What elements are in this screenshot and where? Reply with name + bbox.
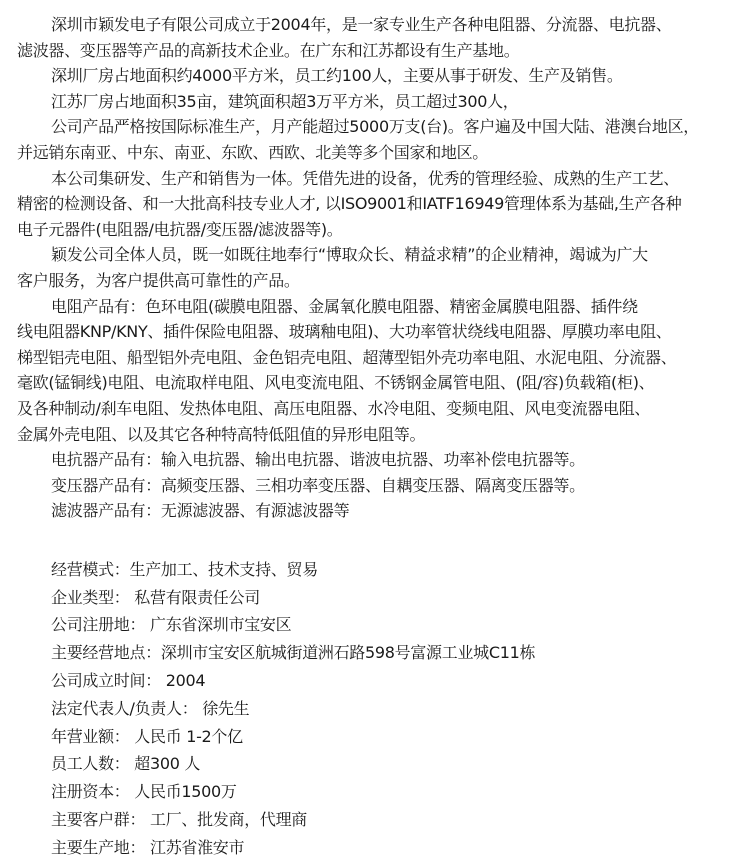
info-value: 广东省深圳市宝安区: [145, 615, 291, 634]
info-value: 2004: [161, 671, 205, 690]
intro-line: 并远销东南亚、中东、南亚、东欧、西欧、北美等多个国家和地区。: [17, 140, 742, 166]
resistor-products-line: 金属外壳电阻、以及其它各种特高特低阻值的异形电阻等。: [17, 422, 742, 448]
info-row-employees: 员工人数： 超300 人: [51, 750, 742, 778]
info-label: 法定代表人/负责人：: [51, 699, 197, 718]
info-value: 江苏省淮安市: [145, 838, 244, 857]
info-row-founded: 公司成立时间： 2004: [51, 667, 742, 695]
info-label: 经营模式：: [51, 560, 130, 579]
info-value: 深圳市宝安区航城街道洲石路598号富源工业城C11栋: [161, 643, 535, 662]
intro-line: 滤波器、变压器等产品的高新技术企业。在广东和江苏都设有生产基地。: [17, 38, 742, 64]
company-info-section: 经营模式：生产加工、技术支持、贸易 企业类型： 私营有限责任公司 公司注册地： …: [17, 556, 742, 857]
info-label: 企业类型：: [51, 588, 130, 607]
reactor-products-line: 电抗器产品有：输入电抗器、输出电抗器、谐波电抗器、功率补偿电抗器等。: [17, 447, 742, 473]
info-label: 员工人数：: [51, 754, 130, 773]
info-label: 主要生产地：: [51, 838, 145, 857]
info-value: 超300 人: [130, 754, 201, 773]
intro-line: 公司产品严格按国际标准生产，月产能超过5000万支(台)。客户遍及中国大陆、港澳…: [17, 114, 742, 140]
intro-line: 江苏厂房占地面积35亩，建筑面积超3万平方米，员工超过300人，: [17, 89, 742, 115]
info-value: 私营有限责任公司: [130, 588, 260, 607]
section-gap: [17, 524, 742, 556]
info-row-annual-revenue: 年营业额： 人民币 1-2个亿: [51, 723, 742, 751]
info-label: 主要经营地点：: [51, 643, 161, 662]
intro-line: 客户服务，为客户提供高可靠性的产品。: [17, 268, 742, 294]
info-row-production-site: 主要生产地： 江苏省淮安市: [51, 834, 742, 857]
intro-line: 精密的检测设备、和一大批高科技专业人才, 以ISO9001和IATF16949管…: [17, 191, 742, 217]
info-row-main-customers: 主要客户群： 工厂、批发商，代理商: [51, 806, 742, 834]
info-row-legal-representative: 法定代表人/负责人： 徐先生: [51, 695, 742, 723]
intro-line: 深圳厂房占地面积约4000平方米，员工约100人，主要从事于研发、生产及销售。: [17, 63, 742, 89]
info-row-business-model: 经营模式：生产加工、技术支持、贸易: [51, 556, 742, 584]
intro-line: 电子元器件(电阻器/电抗器/变压器/滤波器等)。: [17, 217, 742, 243]
resistor-products-line: 线电阻器KNP/KNY、插件保险电阻器、玻璃釉电阻)、大功率管状绕线电阻器、厚膜…: [17, 319, 742, 345]
intro-line: 深圳市颖发电子有限公司成立于2004年，是一家专业生产各种电阻器、分流器、电抗器…: [17, 12, 742, 38]
intro-line: 颖发公司全体人员，既一如既往地奉行“博取众长、精益求精”的企业精神，竭诚为广大: [17, 242, 742, 268]
info-label: 公司成立时间：: [51, 671, 161, 690]
info-row-company-type: 企业类型： 私营有限责任公司: [51, 584, 742, 612]
info-value: 工厂、批发商，代理商: [145, 810, 307, 829]
info-value: 人民币1500万: [130, 782, 237, 801]
info-label: 年营业额：: [51, 727, 130, 746]
info-value: 生产加工、技术支持、贸易: [130, 560, 318, 579]
info-label: 公司注册地：: [51, 615, 145, 634]
info-row-registered-capital: 注册资本： 人民币1500万: [51, 778, 742, 806]
resistor-products-line: 毫欧(锰铜线)电阻、电流取样电阻、风电变流电阻、不锈钢金属管电阻、(阻/容)负载…: [17, 370, 742, 396]
info-row-business-address: 主要经营地点：深圳市宝安区航城街道洲石路598号富源工业城C11栋: [51, 639, 742, 667]
info-row-registered-location: 公司注册地： 广东省深圳市宝安区: [51, 611, 742, 639]
resistor-products-line: 及各种制动/刹车电阻、发热体电阻、高压电阻器、水冷电阻、变频电阻、风电变流器电阻…: [17, 396, 742, 422]
info-value: 人民币 1-2个亿: [130, 727, 243, 746]
resistor-products-line: 电阻产品有：色环电阻(碳膜电阻器、金属氧化膜电阻器、精密金属膜电阻器、插件绕: [17, 294, 742, 320]
info-value: 徐先生: [197, 699, 249, 718]
transformer-products-line: 变压器产品有：高频变压器、三相功率变压器、自耦变压器、隔离变压器等。: [17, 473, 742, 499]
info-label: 注册资本：: [51, 782, 130, 801]
info-label: 主要客户群：: [51, 810, 145, 829]
intro-line: 本公司集研发、生产和销售为一体。凭借先进的设备，优秀的管理经验、成熟的生产工艺、: [17, 166, 742, 192]
filter-products-line: 滤波器产品有：无源滤波器、有源滤波器等: [17, 498, 742, 524]
company-profile-document: 深圳市颖发电子有限公司成立于2004年，是一家专业生产各种电阻器、分流器、电抗器…: [17, 12, 742, 857]
resistor-products-line: 梯型铝壳电阻、船型铝外壳电阻、金色铝壳电阻、超薄型铝外壳功率电阻、水泥电阻、分流…: [17, 345, 742, 371]
intro-section: 深圳市颖发电子有限公司成立于2004年，是一家专业生产各种电阻器、分流器、电抗器…: [17, 12, 742, 524]
